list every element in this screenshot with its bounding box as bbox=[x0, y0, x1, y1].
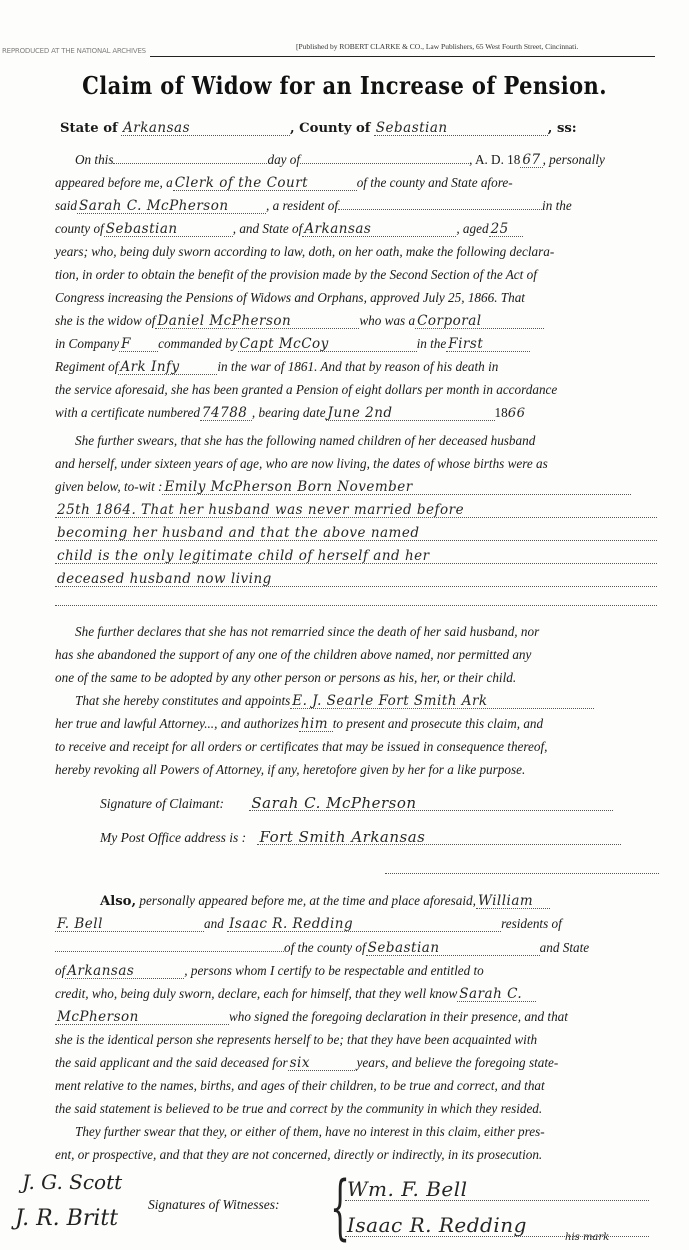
decl-line-2: appeared before me, aClerk of the Courto… bbox=[55, 175, 655, 191]
witness-line-12: ent, or prospective, and that they are n… bbox=[55, 1147, 655, 1163]
children-entry-2: 25th 1864. That her husband was never ma… bbox=[55, 503, 657, 518]
county-field: Sebastian bbox=[374, 121, 548, 136]
decl-line-1: On thisday of, A. D. 1867, personally bbox=[75, 152, 675, 168]
decl-line-5: years; who, being duly sworn according t… bbox=[55, 244, 655, 260]
certificate-year-field: 66 bbox=[508, 406, 526, 421]
regiment-field: Ark Infy bbox=[118, 360, 217, 375]
attorney-line-2: her true and lawful Attorney..., and aut… bbox=[55, 716, 655, 732]
witness2-name: Isaac R. Redding bbox=[227, 917, 501, 932]
witness-line-2: F. Belland Isaac R. Reddingresidents of bbox=[55, 916, 655, 932]
witness-line-1: Also, personally appeared before me, at … bbox=[100, 893, 689, 910]
witness-line-9: ment relative to the names, births, and … bbox=[55, 1078, 655, 1094]
children-line-8 bbox=[55, 594, 655, 610]
certificate-number-field: 74788 bbox=[200, 406, 252, 421]
certificate-date-field: June 2nd bbox=[326, 406, 495, 421]
decl-line-12: with a certificate numbered74788, bearin… bbox=[55, 405, 655, 422]
children-line-3: given below, to-wit :Emily McPherson Bor… bbox=[55, 479, 655, 495]
children-line-6: child is the only legitimate child of he… bbox=[55, 548, 655, 564]
publisher-line: [Published by ROBERT CLARKE & CO., Law P… bbox=[296, 42, 578, 51]
state-field: Arkansas bbox=[121, 121, 290, 136]
decl-line-7: Congress increasing the Pensions of Wido… bbox=[55, 290, 655, 306]
decl-line-3: saidSarah C. McPherson, a resident ofin … bbox=[55, 198, 655, 214]
decl-line-9: in CompanyFcommanded byCapt McCoyin theF… bbox=[55, 336, 655, 352]
witness-line-8: the said applicant and the said deceased… bbox=[55, 1055, 655, 1071]
children-line-2: and herself, under sixteen years of age,… bbox=[55, 456, 655, 472]
children-line-5: becoming her husband and that the above … bbox=[55, 525, 655, 541]
witness1-last-name: F. Bell bbox=[55, 917, 204, 932]
witness-state-field: Arkansas bbox=[65, 964, 184, 979]
rank-field: Corporal bbox=[415, 314, 544, 329]
venue-line: State of Arkansas, County of Sebastian, … bbox=[60, 120, 660, 137]
witness-line-7: she is the identical person she represen… bbox=[55, 1032, 655, 1048]
regiment-number-field: First bbox=[446, 337, 530, 352]
witness-line-3: of the county ofSebastianand State bbox=[55, 940, 655, 956]
decl-line-10: Regiment ofArk Infyin the war of 1861. A… bbox=[55, 359, 655, 375]
children-line-4: 25th 1864. That her husband was never ma… bbox=[55, 502, 655, 518]
year-field: 67 bbox=[520, 153, 542, 168]
day-field bbox=[113, 163, 267, 164]
post-office-field-2 bbox=[385, 873, 659, 874]
witness-residence-blank bbox=[55, 951, 284, 952]
attorney-line-3: to receive and receipt for all orders or… bbox=[55, 739, 655, 755]
witness-line-4: ofArkansas, persons whom I certify to be… bbox=[55, 963, 655, 979]
pronoun-field: him bbox=[299, 717, 333, 732]
witness-signature-1: Wm. F. Bell bbox=[345, 1178, 649, 1201]
officer-field: Clerk of the Court bbox=[173, 176, 357, 191]
document-title: Claim of Widow for an Increase of Pensio… bbox=[0, 71, 689, 100]
known-claimant-last: McPherson bbox=[55, 1010, 229, 1025]
known-claimant-first: Sarah C. bbox=[457, 987, 536, 1002]
residence-field bbox=[338, 209, 542, 210]
claimant-signature-row: Signature of Claimant: Sarah C. McPherso… bbox=[100, 796, 613, 812]
children-line-7: deceased husband now living bbox=[55, 571, 655, 587]
children-entry-5: deceased husband now living bbox=[55, 572, 657, 587]
post-office-row: My Post Office address is : Fort Smith A… bbox=[100, 830, 621, 846]
attesting-signature-2: J. R. Britt bbox=[15, 1206, 118, 1231]
header-rule bbox=[150, 56, 655, 57]
attesting-signature-1: J. G. Scott bbox=[22, 1170, 122, 1194]
children-entry-blank bbox=[55, 605, 657, 606]
county-of-residence-field: Sebastian bbox=[104, 222, 233, 237]
witness-mark-note: his mark bbox=[565, 1232, 609, 1243]
remarried-line-2: has she abandoned the support of any one… bbox=[55, 647, 655, 663]
post-office-row-2 bbox=[385, 862, 659, 878]
children-entry-1: Emily McPherson Born November bbox=[162, 480, 631, 495]
witness-signature-row-1: Wm. F. Bell bbox=[345, 1178, 649, 1201]
company-field: F bbox=[119, 337, 158, 352]
archive-stamp: REPRODUCED AT THE NATIONAL ARCHIVES bbox=[2, 47, 146, 55]
remarried-line-1: She further declares that she has not re… bbox=[75, 624, 675, 640]
age-field: 25 bbox=[489, 222, 523, 237]
children-entry-3: becoming her husband and that the above … bbox=[55, 526, 657, 541]
decl-line-6: tion, in order to obtain the benefit of … bbox=[55, 267, 655, 283]
attorney-line-1: That she hereby constitutes and appoints… bbox=[75, 693, 675, 709]
pension-claim-document: REPRODUCED AT THE NATIONAL ARCHIVES [Pub… bbox=[0, 0, 689, 1250]
post-office-field: Fort Smith Arkansas bbox=[257, 830, 621, 845]
witness-line-5: credit, who, being duly sworn, declare, … bbox=[55, 986, 655, 1002]
decl-line-8: she is the widow ofDaniel McPhersonwho w… bbox=[55, 313, 655, 329]
witness-signatures-label: Signatures of Witnesses: bbox=[148, 1197, 280, 1213]
witness1-first-name: William bbox=[476, 894, 550, 909]
attorney-field: E. J. Searle Fort Smith Ark bbox=[290, 694, 594, 709]
attorney-line-4: hereby revoking all Powers of Attorney, … bbox=[55, 762, 655, 778]
decl-line-11: the service aforesaid, she has been gran… bbox=[55, 382, 655, 398]
commander-field: Capt McCoy bbox=[238, 337, 417, 352]
witness-line-10: the said statement is believed to be tru… bbox=[55, 1101, 655, 1117]
husband-name-field: Daniel McPherson bbox=[155, 314, 359, 329]
witness-line-11: They further swear that they, or either … bbox=[75, 1124, 675, 1140]
years-acquainted-field: six bbox=[288, 1056, 357, 1071]
claimant-name-field: Sarah C. McPherson bbox=[77, 199, 266, 214]
children-entry-4: child is the only legitimate child of he… bbox=[55, 549, 657, 564]
witness-line-6: McPhersonwho signed the foregoing declar… bbox=[55, 1009, 655, 1025]
witness-county-field: Sebastian bbox=[366, 941, 540, 956]
children-line-1: She further swears, that she has the fol… bbox=[75, 433, 675, 449]
decl-line-4: county ofSebastian, and State ofArkansas… bbox=[55, 221, 655, 237]
claimant-signature: Sarah C. McPherson bbox=[249, 796, 613, 811]
state-of-residence-field: Arkansas bbox=[302, 222, 456, 237]
month-field bbox=[300, 163, 469, 164]
remarried-line-3: one of the same to be adopted by any oth… bbox=[55, 670, 655, 686]
